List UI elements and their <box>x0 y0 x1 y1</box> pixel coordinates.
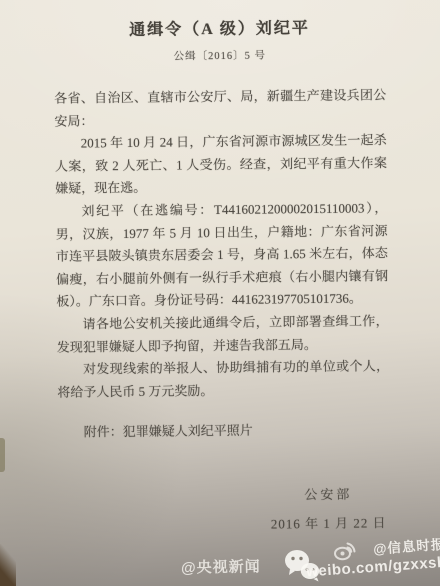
document-title: 通缉令（A 级）刘纪平 <box>53 14 385 40</box>
paragraph-reward: 对发现线索的举报人、协助缉捕有功的单位或个人，将给予人民币 5 万元奖励。 <box>57 355 389 404</box>
signature-block: 公安部 2016 年 1 月 22 日 <box>240 483 416 533</box>
salutation: 各省、自治区、直辖市公安厅、局，新疆生产建设兵团公安局： <box>54 84 386 133</box>
paragraph-instructions: 请各地公安机关接此通缉令后，立即部署查缉工作，发现犯罪嫌疑人即予拘留，并速告我部… <box>56 310 388 359</box>
issue-date: 2016 年 1 月 22 日 <box>241 512 417 533</box>
document-body: 各省、自治区、直辖市公安厅、局，新疆生产建设兵团公安局： 2015 年 10 月… <box>54 84 389 404</box>
issuer-name: 公安部 <box>240 483 416 504</box>
attachment-note: 附件：犯罪嫌疑人刘纪平照片 <box>58 419 390 445</box>
paragraph-suspect-description: 刘纪平（在逃编号：T4416021200002015110003），男，汉族，1… <box>55 197 388 313</box>
paragraph-incident: 2015 年 10 月 24 日，广东省河源市源城区发生一起杀人案，致 2 人死… <box>55 129 388 200</box>
paper-edge-sliver <box>0 438 5 472</box>
document-text-layer: 通缉令（A 级）刘纪平 公缉〔2016〕5 号 各省、自治区、直辖市公安厅、局，… <box>0 0 440 535</box>
wanted-notice-photo: 通缉令（A 级）刘纪平 公缉〔2016〕5 号 各省、自治区、直辖市公安厅、局，… <box>0 0 440 586</box>
background-corner <box>0 544 16 586</box>
document-number: 公缉〔2016〕5 号 <box>54 46 386 64</box>
watermark-xxsb: @信息时报 weibo.com/gzxxsb <box>295 533 440 581</box>
watermark-cctv-news: @央视新闻 <box>181 555 261 577</box>
